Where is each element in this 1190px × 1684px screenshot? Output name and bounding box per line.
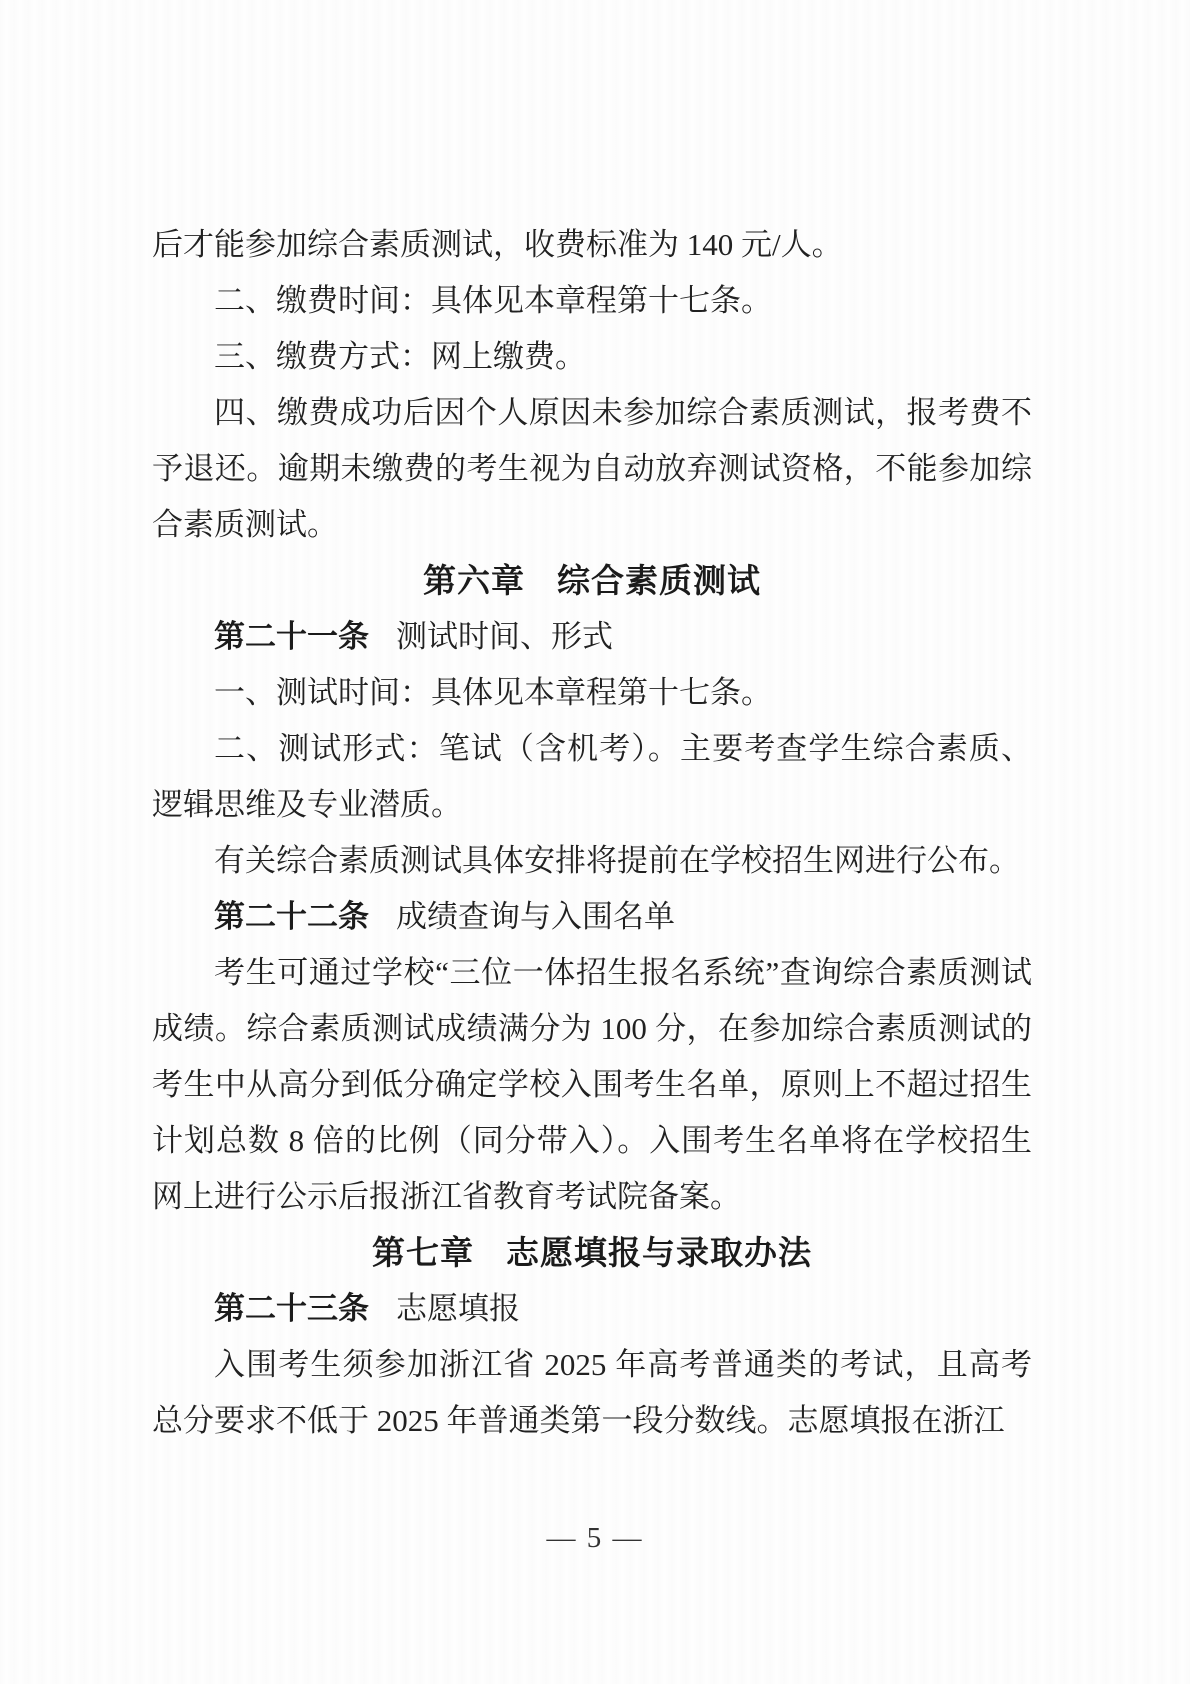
chapter-title: 志愿填报与录取办法 <box>506 1234 812 1271</box>
body-paragraph: 入围考生须参加浙江省 2025 年高考普通类的考试，且高考总分要求不低于 202… <box>152 1337 1032 1449</box>
document-body: 后才能参加综合素质测试，收费标准为 140 元/人。 二、缴费时间：具体见本章程… <box>152 217 1032 1449</box>
article-number: 第二十一条 <box>214 619 369 654</box>
article-title: 志愿填报 <box>396 1291 520 1326</box>
chapter-gap <box>525 591 557 592</box>
document-page: 后才能参加综合素质测试，收费标准为 140 元/人。 二、缴费时间：具体见本章程… <box>0 0 1190 1684</box>
chapter-heading-7: 第七章志愿填报与录取办法 <box>152 1225 1032 1281</box>
article-heading-22: 第二十二条成绩查询与入围名单 <box>152 889 1032 945</box>
chapter-heading-6: 第六章综合素质测试 <box>152 553 1032 609</box>
body-paragraph: 二、测试形式：笔试（含机考）。主要考查学生综合素质、逻辑思维及专业潜质。 <box>152 721 1032 833</box>
body-paragraph: 有关综合素质测试具体安排将提前在学校招生网进行公布。 <box>152 833 1032 889</box>
article-title: 成绩查询与入围名单 <box>396 899 675 934</box>
body-paragraph: 一、测试时间：具体见本章程第十七条。 <box>152 665 1032 721</box>
body-paragraph: 四、缴费成功后因个人原因未参加综合素质测试，报考费不予退还。逾期未缴费的考生视为… <box>152 385 1032 553</box>
body-paragraph: 二、缴费时间：具体见本章程第十七条。 <box>152 273 1032 329</box>
body-paragraph: 考生可通过学校“三位一体招生报名系统”查询综合素质测试成绩。综合素质测试成绩满分… <box>152 945 1032 1225</box>
chapter-label: 第七章 <box>372 1234 474 1271</box>
article-number: 第二十二条 <box>214 899 369 934</box>
chapter-label: 第六章 <box>423 562 525 599</box>
article-heading-23: 第二十三条志愿填报 <box>152 1281 1032 1337</box>
article-number: 第二十三条 <box>214 1291 369 1326</box>
body-paragraph-continuation: 后才能参加综合素质测试，收费标准为 140 元/人。 <box>152 217 1032 273</box>
page-number: — 5 — <box>547 1522 644 1554</box>
chapter-gap <box>474 1263 506 1264</box>
article-title: 测试时间、形式 <box>396 619 613 654</box>
article-heading-21: 第二十一条测试时间、形式 <box>152 609 1032 665</box>
page-footer: — 5 — <box>0 1518 1190 1558</box>
body-paragraph: 三、缴费方式：网上缴费。 <box>152 329 1032 385</box>
chapter-title: 综合素质测试 <box>557 562 761 599</box>
